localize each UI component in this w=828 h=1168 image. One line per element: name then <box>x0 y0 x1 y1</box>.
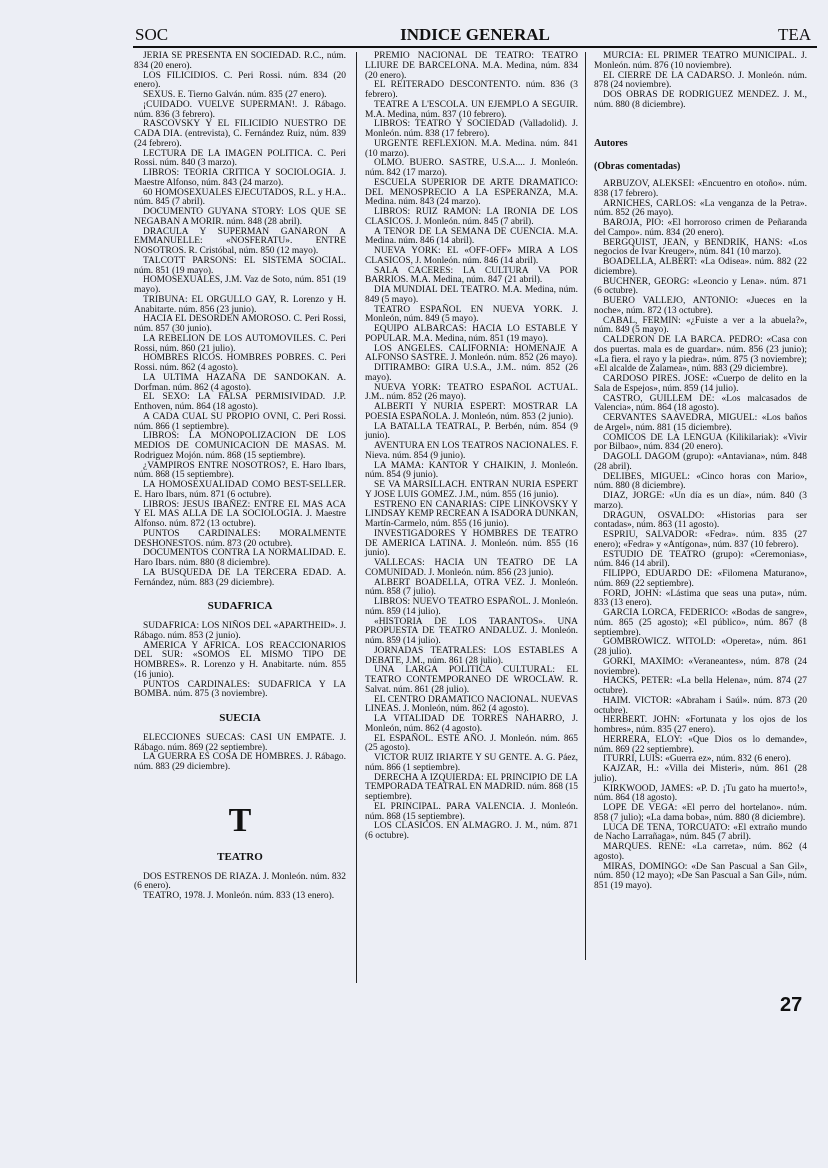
index-entry: EL REITERADO DESCONTENTO. núm. 836 (3 fe… <box>365 81 578 101</box>
index-entry: DAGOLL DAGOM (grupo): «Antaviana», núm. … <box>594 453 807 473</box>
index-entry: SUDAFRICA: LOS NIÑOS DEL «APARTHEID». J.… <box>134 622 346 642</box>
header-title: INDICE GENERAL <box>133 26 817 44</box>
column-3: MURCIA: EL PRIMER TEATRO MUNICIPAL. J. M… <box>594 52 807 892</box>
index-entry: BAROJA, PIO: «El horroroso crimen de Peñ… <box>594 219 807 239</box>
index-entry: FILIPPO, EDUARDO DE: «Filomena Maturano»… <box>594 570 807 590</box>
subhead-autores: Autores <box>594 139 807 149</box>
suecia-entries: ELECCIONES SUECAS: CASI UN EMPATE. J. Rá… <box>134 734 346 773</box>
index-entry: HACIA EL DESORDEN AMOROSO. C. Peri Rossi… <box>134 315 346 335</box>
index-entry: KIRKWOOD, JAMES: «P. D. ¡Tu gato ha muer… <box>594 785 807 805</box>
teatro-entries: DOS ESTRENOS DE RIAZA. J. Monleón. núm. … <box>134 873 346 902</box>
index-entry: HERRERA, ELOY: «Que Dios os lo demande»,… <box>594 736 807 756</box>
index-entry: GOMBROWICZ. WITOLD: «Opereta», núm. 861 … <box>594 638 807 658</box>
index-entry: EL SEXO: LA FALSA PERMISIVIDAD. J.P. Ent… <box>134 393 346 413</box>
index-entry: RASCOVSKY Y EL FILICIDIO NUESTRO DE CADA… <box>134 120 346 149</box>
index-entry: LA ULTIMA HAZAÑA DE SANDOKAN. A. Dorfman… <box>134 374 346 394</box>
index-entry: ARBUZOV, ALEKSEI: «Encuentro en otoño». … <box>594 180 807 200</box>
index-entry: LOS CLASICOS. EN ALMAGRO. J. M., núm. 87… <box>365 822 578 842</box>
section-title-sudafrica: SUDAFRICA <box>134 602 346 612</box>
index-entry: LA BATALLA TEATRAL, P. Berbén, núm. 854 … <box>365 423 578 443</box>
index-entry: LOS FILICIDIOS. C. Peri Rossi. núm. 834 … <box>134 72 346 92</box>
index-entry: ESTUDIO DE TEATRO (grupo): «Ceremonias»,… <box>594 551 807 571</box>
autores-entries: ARBUZOV, ALEKSEI: «Encuentro en otoño». … <box>594 180 807 892</box>
index-entry: LA VITALIDAD DE TORRES NAHARRO, J. Monle… <box>365 715 578 735</box>
index-entry: JORNADAS TEATRALES: LOS ESTABLES A DEBAT… <box>365 647 578 667</box>
index-entry: ESCUELA SUPERIOR DE ARTE DRAMATICO: DEL … <box>365 179 578 208</box>
index-entry: EQUIPO ALBARCAS: HACIA LO ESTABLE Y POPU… <box>365 325 578 345</box>
index-entry: TEATRO, 1978. J. Monleón. núm. 833 (13 e… <box>134 892 346 902</box>
index-entry: EL CIERRE DE LA CADARSO. J. Monleón. núm… <box>594 72 807 92</box>
index-entry: DOCUMENTOS CONTRA LA NORMALIDAD. E. Haro… <box>134 549 346 569</box>
index-entry: LOS ANGELES. CALIFORNIA: HOMENAJE A ALFO… <box>365 345 578 365</box>
index-entry: DELIBES, MIGUEL: «Cinco horas con Mario»… <box>594 473 807 493</box>
index-entry: COMICOS DE LA LENGUA (Kilikilariak): «Vi… <box>594 434 807 454</box>
index-entry: GARCIA LORCA, FEDERICO: «Bodas de sangre… <box>594 609 807 638</box>
index-entry: ARNICHES, CARLOS: «La venganza de la Pet… <box>594 200 807 220</box>
section-title-teatro: TEATRO <box>134 853 346 863</box>
index-entry: LIBROS: RUIZ RAMON: LA IRONIA DE LOS CLA… <box>365 208 578 228</box>
column-rule <box>585 52 586 960</box>
index-entry: HERBERT. JOHN: «Fortunata y los ojos de … <box>594 716 807 736</box>
index-entry: BOADELLA, ALBERT: «La Odisea». núm. 882 … <box>594 258 807 278</box>
index-entry: LIBROS: NUEVO TEATRO ESPAÑOL. J. Monleón… <box>365 598 578 618</box>
index-entry: LECTURA DE LA IMAGEN POLITICA. C. Peri R… <box>134 150 346 170</box>
index-entry: LA GUERRA ES COSA DE HOMBRES. J. Rábago.… <box>134 753 346 773</box>
index-entry: DOS ESTRENOS DE RIAZA. J. Monleón. núm. … <box>134 873 346 893</box>
teatro-entries-continued: PREMIO NACIONAL DE TEATRO: TEATRO LLIURE… <box>365 52 578 842</box>
index-entry: GORKI, MAXIMO: «Veraneantes», núm. 878 (… <box>594 658 807 678</box>
index-entry: PREMIO NACIONAL DE TEATRO: TEATRO LLIURE… <box>365 52 578 81</box>
index-entry: HOMBRES RICOS. HOMBRES POBRES. C. Peri R… <box>134 354 346 374</box>
sudafrica-entries: SUDAFRICA: LOS NIÑOS DEL «APARTHEID». J.… <box>134 622 346 700</box>
index-entry: TEATRE A L'ESCOLA. UN EJEMPLO A SEGUIR. … <box>365 101 578 121</box>
index-entry: LA BUSQUEDA DE LA TERCERA EDAD. A. Ferná… <box>134 569 346 589</box>
column-2: PREMIO NACIONAL DE TEATRO: TEATRO LLIURE… <box>365 52 578 842</box>
index-entry: LA MAMA: KANTOR Y CHAIKIN, J. Monleón. n… <box>365 462 578 482</box>
index-entry: NUEVA YORK: TEATRO ESPAÑOL ACTUAL. J.M..… <box>365 384 578 404</box>
index-entry: EL CENTRO DRAMATICO NACIONAL. NUEVAS LIN… <box>365 696 578 716</box>
index-entry: MARQUES. RENE: «La carreta», núm. 862 (4… <box>594 843 807 863</box>
index-entry: URGENTE REFLEXION. M.A. Medina. núm. 841… <box>365 140 578 160</box>
index-entry: CALDERON DE LA BARCA. PEDRO: «Casa con d… <box>594 336 807 375</box>
index-entry: SE VA MARSILLACH. ENTRAN NURIA ESPERT Y … <box>365 481 578 501</box>
index-entry: DRACULA Y SUPERMAN GANARON A EMMANUELLE:… <box>134 228 346 257</box>
index-entry: BUCHNER, GEORG: «Leoncio y Lena». núm. 8… <box>594 278 807 298</box>
index-entry: SALA CACERES: LA CULTURA VA POR BARRIOS.… <box>365 267 578 287</box>
index-entry: HACKS, PETER: «La bella Helena», núm. 87… <box>594 677 807 697</box>
index-entry: ESTRENO EN CANARIAS: CIPE LINKOVSKY Y LI… <box>365 501 578 530</box>
index-entry: VALLECAS: HACIA UN TEATRO DE LA COMUNIDA… <box>365 559 578 579</box>
index-entry: EL PRINCIPAL. PARA VALENCIA. J. Monleón.… <box>365 803 578 823</box>
index-entry: PUNTOS CARDINALES: SUDAFRICA Y LA BOMBA.… <box>134 681 346 701</box>
index-entry: TEATRO ESPAÑOL EN NUEVA YORK. J. Monleón… <box>365 306 578 326</box>
index-entry: DIA MUNDIAL DEL TEATRO. M.A. Medina, núm… <box>365 286 578 306</box>
index-entry: LIBROS: TEORIA CRITICA Y SOCIOLOGIA. J. … <box>134 169 346 189</box>
index-entry: CERVANTES SAAVEDRA, MIGUEL: «Los baños d… <box>594 414 807 434</box>
index-entry: AMERICA Y AFRICA. LOS REACCIONARIOS DEL … <box>134 642 346 681</box>
index-entry: ¡CUIDADO. VUELVE SUPERMAN!. J. Rábago. n… <box>134 101 346 121</box>
index-entry: HOMOSEXUALES, J.M. Vaz de Soto, núm. 851… <box>134 276 346 296</box>
index-entry: LIBROS: JESUS IBAÑEZ: ENTRE EL MAS ACA Y… <box>134 501 346 530</box>
index-entry: DOCUMENTO GUYANA STORY: LOS QUE SE NEGAB… <box>134 208 346 228</box>
index-entry: CARDOSO PIRES. JOSE: «Cuerpo de delito e… <box>594 375 807 395</box>
index-entry: ELECCIONES SUECAS: CASI UN EMPATE. J. Rá… <box>134 734 346 754</box>
section-letter: T <box>134 803 346 839</box>
index-entry: MURCIA: EL PRIMER TEATRO MUNICIPAL. J. M… <box>594 52 807 72</box>
index-entry: ¿VAMPIROS ENTRE NOSOTROS?, E. Haro Ibars… <box>134 462 346 482</box>
index-entry: PUNTOS CARDINALES: MORALMENTE DESHONESTO… <box>134 530 346 550</box>
index-entry: KAJZAR, H.: «Villa dei Misteri», núm. 86… <box>594 765 807 785</box>
index-entry: DRAGUN, OSVALDO: «Historias para ser con… <box>594 512 807 532</box>
index-entry: A CADA CUAL SU PROPIO OVNI, C. Peri Ross… <box>134 413 346 433</box>
index-entry: ESPRIU, SALVADOR: «Fedra». núm. 835 (27 … <box>594 531 807 551</box>
index-entry: TALCOTT PARSONS: EL SISTEMA SOCIAL. núm.… <box>134 257 346 277</box>
index-entry: FORD, JOHN: «Lástima que seas una puta»,… <box>594 590 807 610</box>
index-entry: HAIM. VICTOR: «Abraham i Saúl». núm. 873… <box>594 697 807 717</box>
index-entry: BERGQUIST, JEAN, y BENDRIK, HANS: «Los n… <box>594 239 807 259</box>
index-entry: JERIA SE PRESENTA EN SOCIEDAD. R.C., núm… <box>134 52 346 72</box>
index-entry: DERECHA A IZQUIERDA: EL PRINCIPIO DE LA … <box>365 774 578 803</box>
index-entry: VICTOR RUIZ IRIARTE Y SU GENTE. A. G. Pá… <box>365 754 578 774</box>
index-entry: INVESTIGADORES Y HOMBRES DE TEATRO DE AM… <box>365 530 578 559</box>
index-entry: TRIBUNA: EL ORGULLO GAY, R. Lorenzo y H.… <box>134 296 346 316</box>
index-entry: ALBERT BOADELLA, OTRA VEZ. J. Monleón. n… <box>365 579 578 599</box>
index-entry: LA HOMOSEXUALIDAD COMO BEST-SELLER. E. H… <box>134 481 346 501</box>
index-entry: ALBERTI Y NURIA ESPERT: MOSTRAR LA POESI… <box>365 403 578 423</box>
index-entry: A TENOR DE LA SEMANA DE CUENCIA. M.A. Me… <box>365 228 578 248</box>
header-right-guide: TEA <box>778 26 811 44</box>
index-entry: DOS OBRAS DE RODRIGUEZ MENDEZ. J. M., nú… <box>594 91 807 111</box>
index-entry: «HISTORIA DE LOS TARANTOS». UNA PROPUEST… <box>365 618 578 647</box>
section-title-suecia: SUECIA <box>134 714 346 724</box>
index-entry: 60 HOMOSEXUALES EJECUTADOS, R.L. y H.A..… <box>134 189 346 209</box>
index-entry: LOPE DE VEGA: «El perro del hortelano». … <box>594 804 807 824</box>
column-rule <box>356 52 357 983</box>
index-entry: DITIRAMBO: GIRA U.S.A., J.M.. núm. 852 (… <box>365 364 578 384</box>
index-entry: UNA LARGA POLITICA CULTURAL: EL TEATRO C… <box>365 666 578 695</box>
index-entry: LIBROS: LA MONOPOLIZACION DE LOS MEDIOS … <box>134 432 346 461</box>
index-entry: CABAL, FERMIN: «¿Fuiste a ver a la abuel… <box>594 317 807 337</box>
index-entry: DIAZ, JORGE: «Un día es un día», núm. 84… <box>594 492 807 512</box>
teatro-entries-continued: MURCIA: EL PRIMER TEATRO MUNICIPAL. J. M… <box>594 52 807 111</box>
index-entry: BUERO VALLEJO, ANTONIO: «Jueces en la no… <box>594 297 807 317</box>
index-entry: EL ESPAÑOL. ESTE AÑO. J. Monleón. núm. 8… <box>365 735 578 755</box>
running-header: SOC INDICE GENERAL TEA <box>133 24 817 48</box>
column-1: JERIA SE PRESENTA EN SOCIEDAD. R.C., núm… <box>134 52 346 902</box>
index-entry: MIRAS, DOMINGO: «De San Pascual a San Gi… <box>594 863 807 892</box>
index-entry: NUEVA YORK: EL «OFF-OFF» MIRA A LOS CLAS… <box>365 247 578 267</box>
index-entry: LA REBELION DE LOS AUTOMOVILES. C. Peri … <box>134 335 346 355</box>
soc-entries: JERIA SE PRESENTA EN SOCIEDAD. R.C., núm… <box>134 52 346 588</box>
subhead-obras-comentadas: (Obras comentadas) <box>594 162 807 172</box>
index-entry: OLMO. BUERO. SASTRE, U.S.A.... J. Monleó… <box>365 159 578 179</box>
index-entry: CASTRO, GUILLEM DE: «Los malcasados de V… <box>594 395 807 415</box>
page-number: 27 <box>780 994 802 1017</box>
index-entry: AVENTURA EN LOS TEATROS NACIONALES. F. N… <box>365 442 578 462</box>
index-entry: LIBROS: TEATRO Y SOCIEDAD (Valladolid). … <box>365 120 578 140</box>
index-page: SOC INDICE GENERAL TEA JERIA SE PRESENTA… <box>0 0 828 1168</box>
index-entry: LUCA DE TENA, TORCUATO: «El extraño mund… <box>594 824 807 844</box>
